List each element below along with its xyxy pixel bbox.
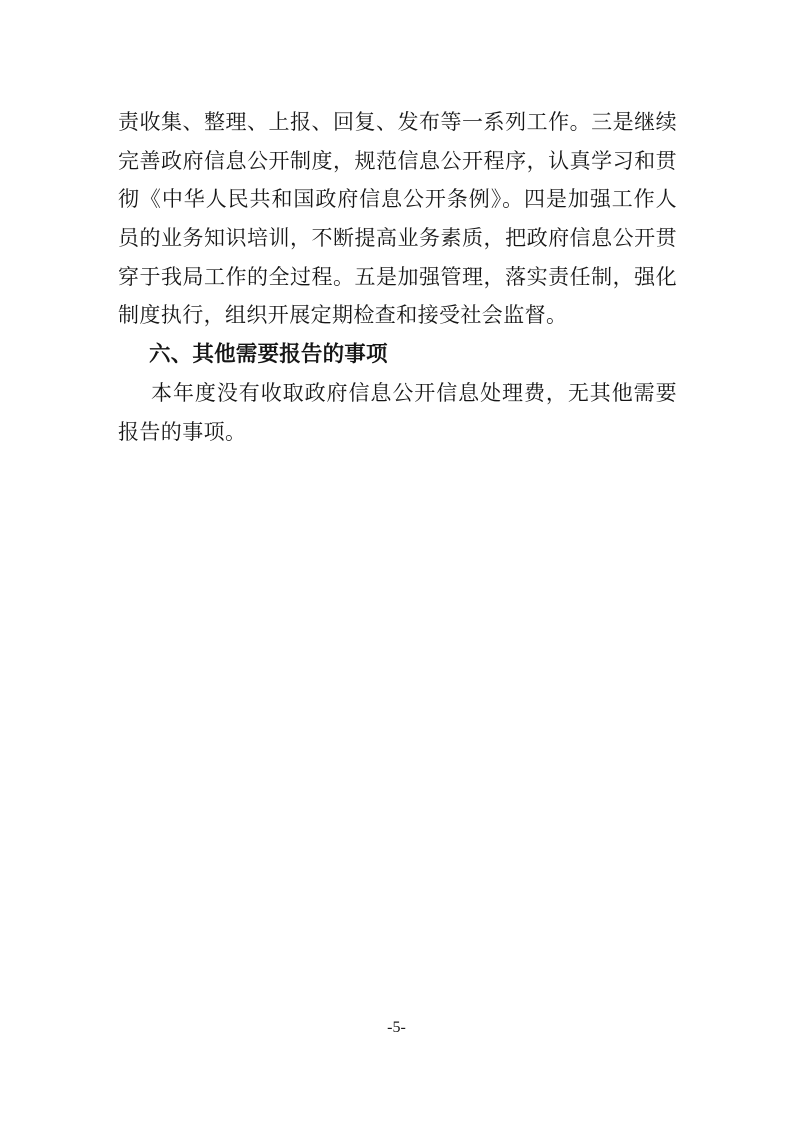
document-page: 责收集、整理、上报、回复、发布等一系列工作。三是继续 完善政府信息公开制度，规范… xyxy=(0,0,793,1122)
page-number: -5- xyxy=(0,1018,793,1038)
paragraph-line: 本年度没有收取政府信息公开信息处理费，无其他需要 xyxy=(118,374,677,413)
paragraph-line: 员的业务知识培训，不断提高业务素质，把政府信息公开贯 xyxy=(118,219,677,258)
paragraph-line: 责收集、整理、上报、回复、发布等一系列工作。三是继续 xyxy=(118,103,677,142)
paragraph-line: 彻《中华人民共和国政府信息公开条例》。四是加强工作人 xyxy=(118,180,677,219)
document-body: 责收集、整理、上报、回复、发布等一系列工作。三是继续 完善政府信息公开制度，规范… xyxy=(118,103,677,451)
paragraph-line: 报告的事项。 xyxy=(118,413,677,452)
paragraph-line: 完善政府信息公开制度，规范信息公开程序，认真学习和贯 xyxy=(118,142,677,181)
paragraph-line: 制度执行，组织开展定期检查和接受社会监督。 xyxy=(118,296,677,335)
paragraph-line: 穿于我局工作的全过程。五是加强管理，落实责任制，强化 xyxy=(118,258,677,297)
section-heading: 六、其他需要报告的事项 xyxy=(118,335,677,374)
